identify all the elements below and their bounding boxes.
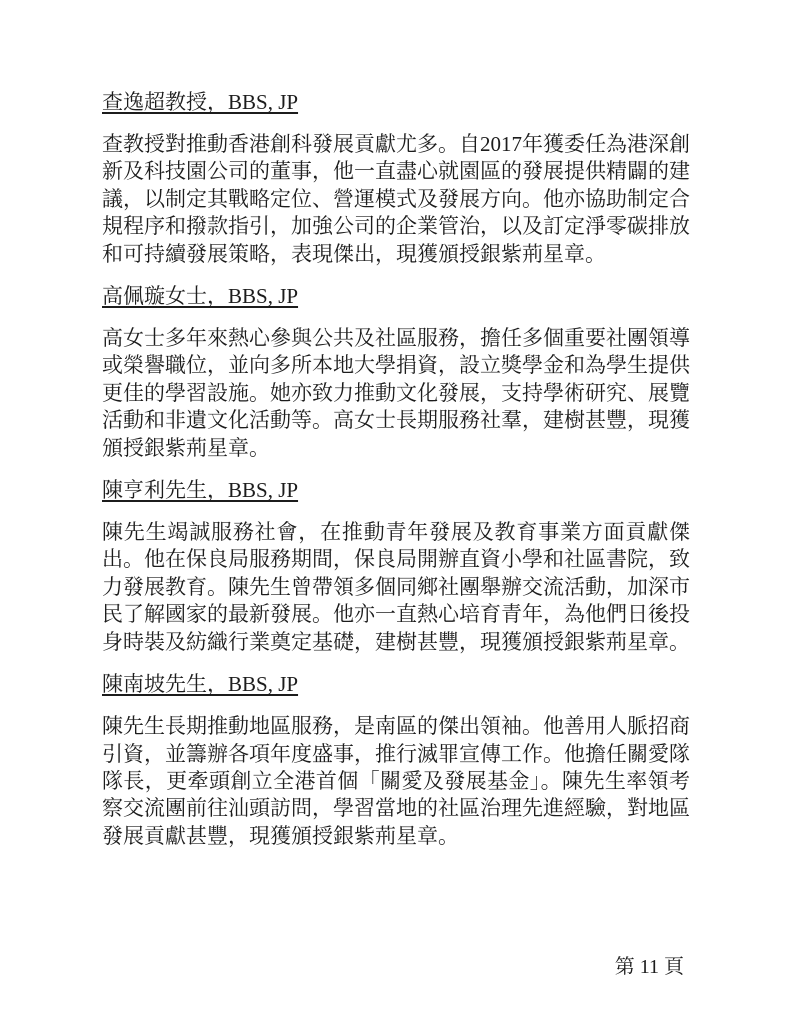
page-number: 第 11 頁 xyxy=(615,955,684,979)
awardee-heading: 陳亨利先生，BBS, JP xyxy=(102,477,690,504)
citation-section: 陳南坡先生，BBS, JP 陳先生長期推動地區服務，是南區的傑出領袖。他善用人脈… xyxy=(102,671,690,850)
citation-paragraph: 陳先生長期推動地區服務，是南區的傑出領袖。他善用人脈招商引資，並籌辦各項年度盛事… xyxy=(102,713,690,850)
citation-section: 陳亨利先生，BBS, JP 陳先生竭誠服務社會，在推動青年發展及教育事業方面貢獻… xyxy=(102,477,690,656)
awardee-heading: 高佩璇女士，BBS, JP xyxy=(102,283,690,310)
citation-paragraph: 高女士多年來熱心參與公共及社區服務，擔任多個重要社團領導或榮譽職位，並向多所本地… xyxy=(102,325,690,462)
document-content: 查逸超教授，BBS, JP 查教授對推動香港創科發展貢獻尤多。自2017年獲委任… xyxy=(102,89,690,865)
awardee-heading: 陳南坡先生，BBS, JP xyxy=(102,671,690,698)
citation-section: 查逸超教授，BBS, JP 查教授對推動香港創科發展貢獻尤多。自2017年獲委任… xyxy=(102,89,690,268)
document-page: 查逸超教授，BBS, JP 查教授對推動香港創科發展貢獻尤多。自2017年獲委任… xyxy=(0,0,791,1024)
citation-section: 高佩璇女士，BBS, JP 高女士多年來熱心參與公共及社區服務，擔任多個重要社團… xyxy=(102,283,690,462)
citation-paragraph: 查教授對推動香港創科發展貢獻尤多。自2017年獲委任為港深創新及科技園公司的董事… xyxy=(102,131,690,268)
citation-paragraph: 陳先生竭誠服務社會，在推動青年發展及教育事業方面貢獻傑出。他在保良局服務期間，保… xyxy=(102,519,690,656)
awardee-heading: 查逸超教授，BBS, JP xyxy=(102,89,690,116)
